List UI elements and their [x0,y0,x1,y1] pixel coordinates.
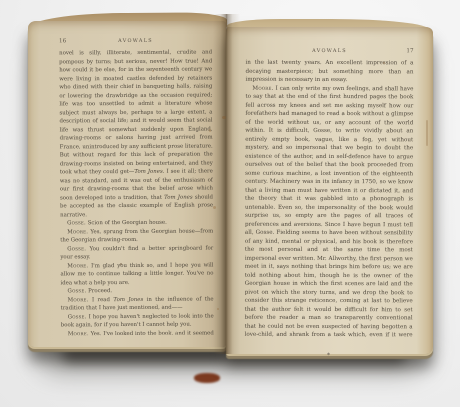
paragraph: Moore. I can only write my own feelings,… [245,84,414,340]
right-page-surface: AVOWALS 17 in the last twenty years. An … [225,48,433,376]
paragraph: in the last twenty years. An excellent i… [245,59,413,85]
cover-spine-glimpse [194,373,220,383]
paragraph: Gosse. I hope you haven't neglected to l… [61,312,214,330]
left-page: 16 AVOWALS novel is silly, illiterate, s… [28,21,226,347]
right-page-header: AVOWALS 17 [246,48,414,55]
right-page-text: in the last twenty years. An excellent i… [245,59,414,341]
paragraph: Moore. Yes, sprung from the Georgian hou… [60,227,213,245]
right-running-title: AVOWALS [312,48,347,54]
left-page-text: novel is silly, illiterate, sentimental,… [59,48,214,335]
right-page-number: 17 [406,48,413,54]
paragraph: Moore. I'm glad you think so, and I hope… [60,261,213,287]
right-page: AVOWALS 17 in the last twenty years. An … [226,27,433,354]
paragraph: Moore. Yes, I've looked into the book, a… [61,329,214,335]
left-page-number: 16 [59,38,66,44]
paragraph: Gosse. You couldn't find a better spring… [60,244,213,262]
left-running-title: AVOWALS [118,38,153,44]
signature-mark: * [244,352,412,360]
left-page-header: 16 AVOWALS [59,37,212,44]
left-page-surface: 16 AVOWALS novel is silly, illiterate, s… [27,37,227,364]
open-book-photo: 16 AVOWALS novel is silly, illiterate, s… [0,0,460,407]
paragraph: novel is silly, illiterate, sentimental,… [59,48,213,219]
paragraph: Moore. I read Tom Jones in the influence… [61,295,214,313]
